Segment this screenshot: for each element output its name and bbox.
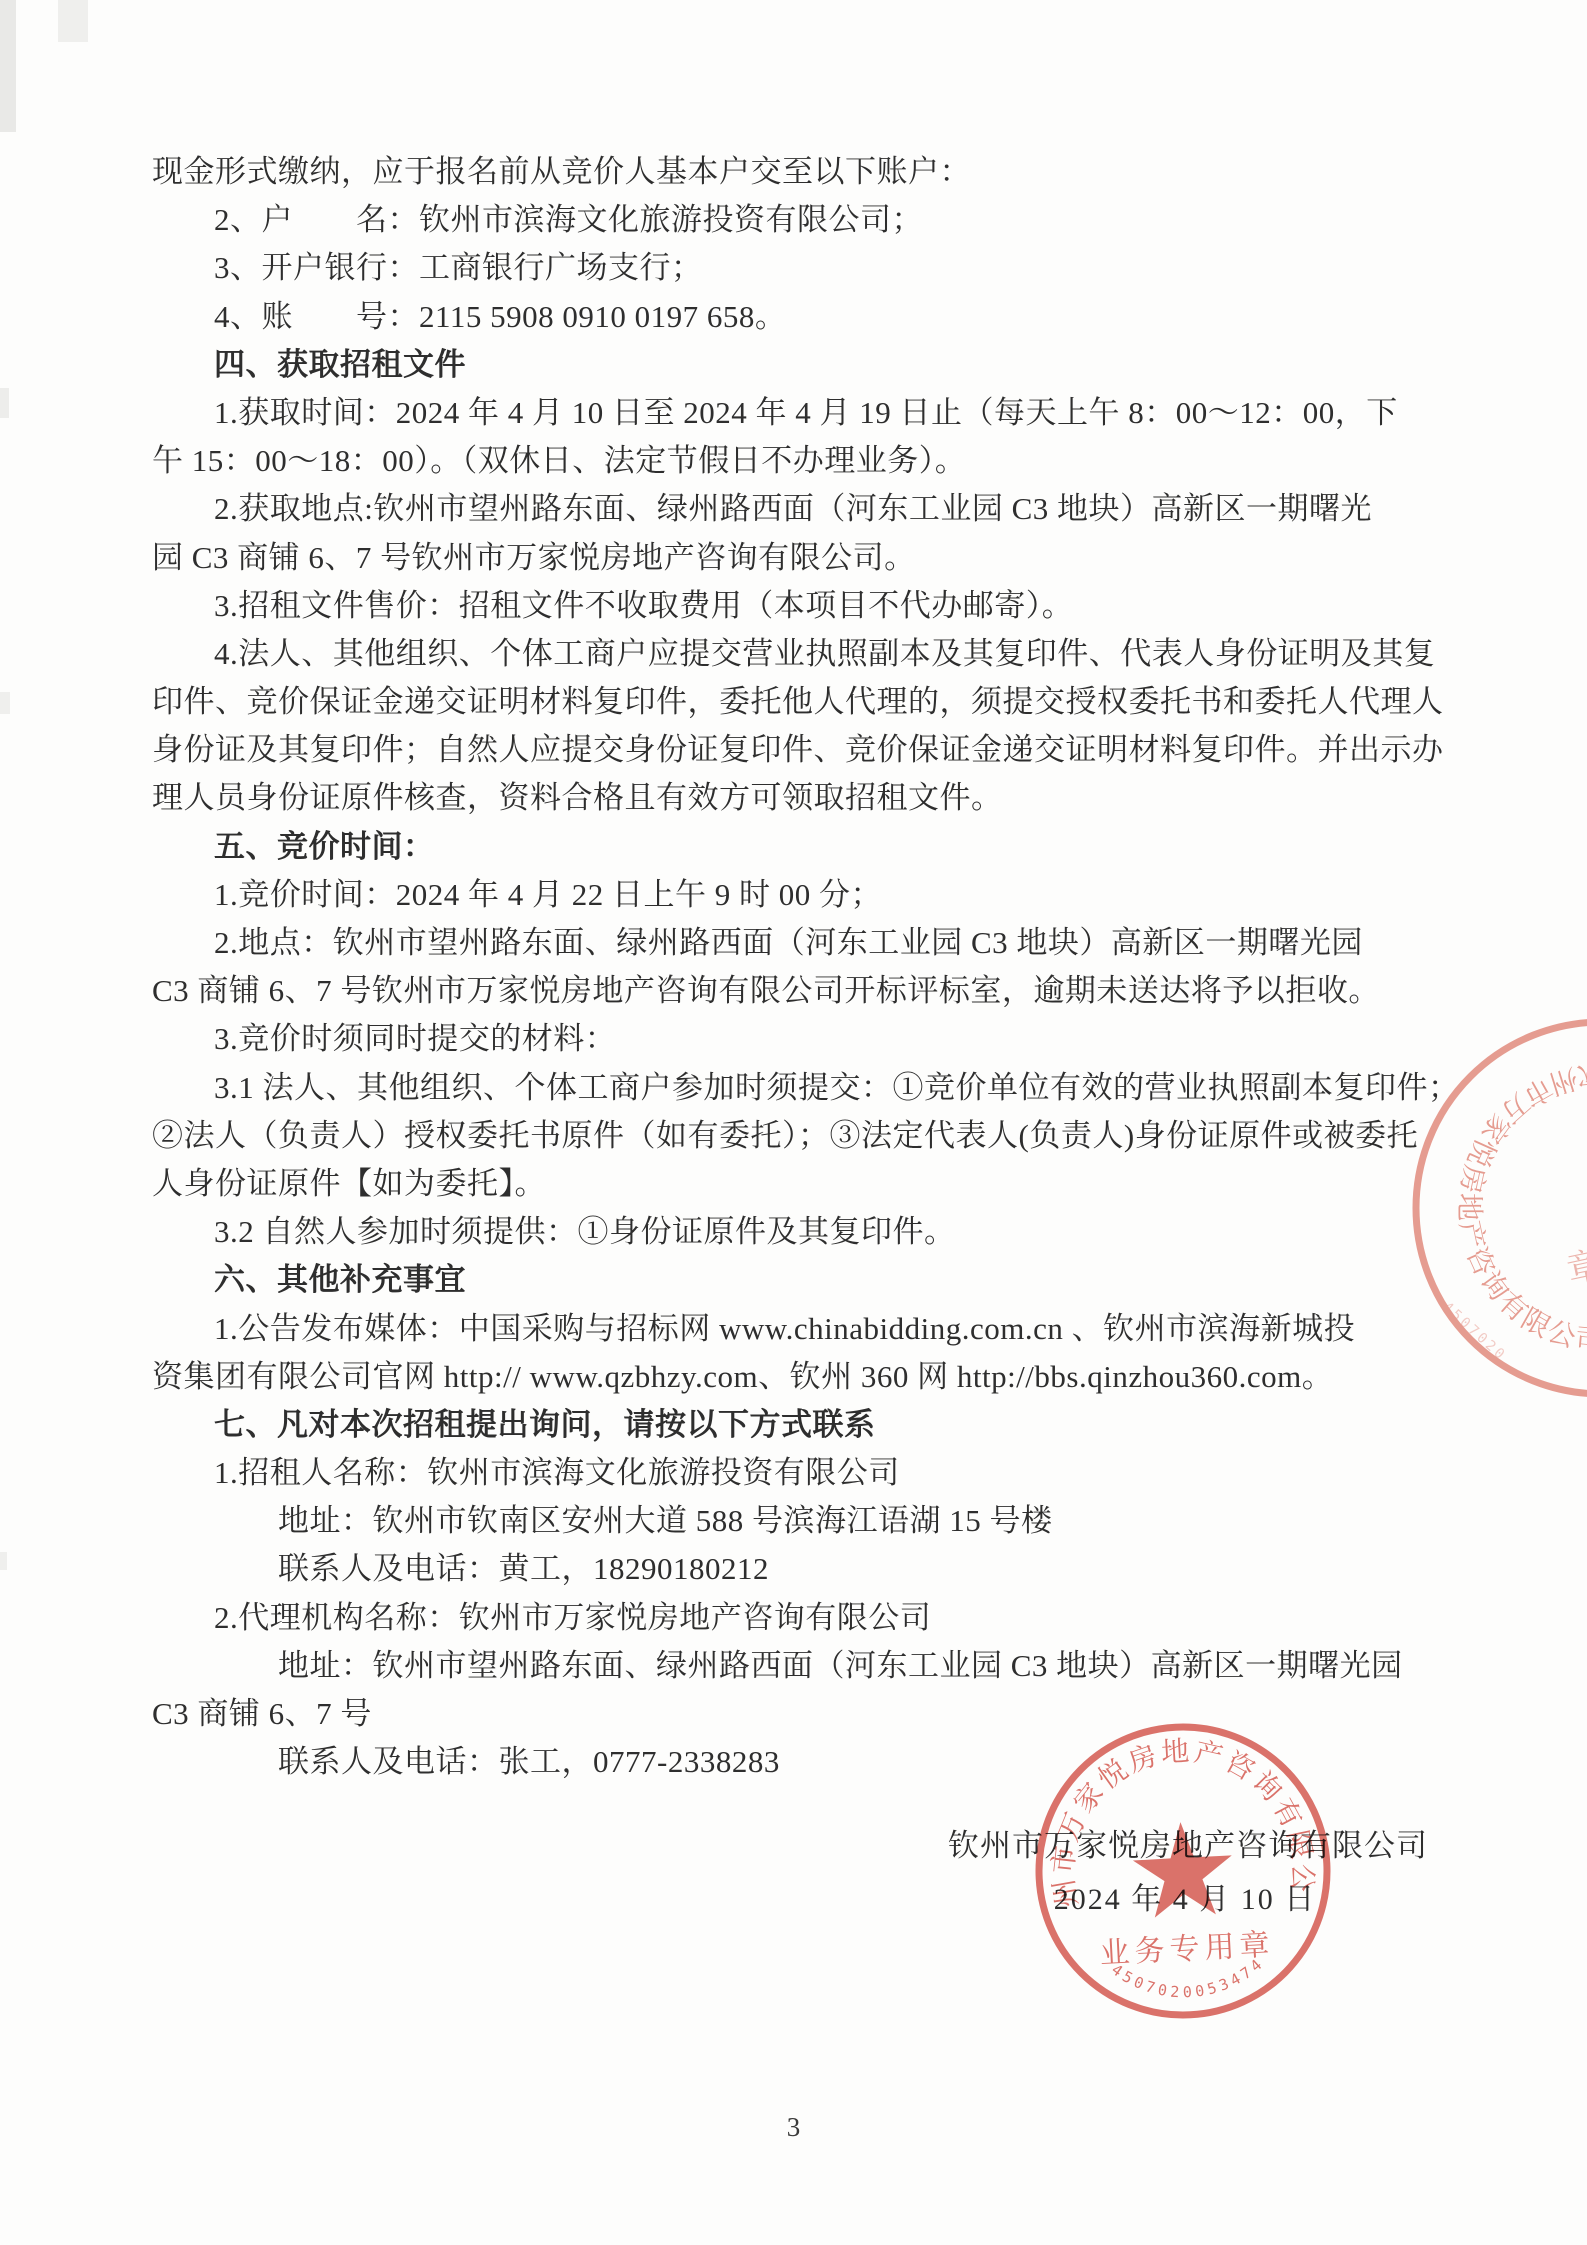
- svg-text:4507020053474: 4507020053474: [1107, 1953, 1269, 2006]
- partial-seal-center-label: 章: [1563, 1244, 1587, 1291]
- doc-line: 4、账 号：2115 5908 0910 0197 658。: [152, 293, 1522, 341]
- doc-line-text: 3.招租文件售价：招租文件不收取费用（本项目不代办邮寄）。: [214, 588, 1073, 623]
- doc-line-text: 印件、竞价保证金递交证明材料复印件，委托他人代理的，须提交授权委托书和委托人代理…: [152, 684, 1444, 719]
- doc-line: 身份证及其复印件；自然人应提交身份证复印件、竞价保证金递交证明材料复印件。并出示…: [152, 726, 1522, 774]
- doc-line-text: 3.2 自然人参加时须提供：①身份证原件及其复印件。: [214, 1214, 956, 1249]
- doc-line: 4.法人、其他组织、个体工商户应提交营业执照副本及其复印件、代表人身份证明及其复: [152, 630, 1522, 678]
- signature-date: 2024 年 4 月 10 日: [948, 1880, 1422, 1920]
- doc-line: 2.代理机构名称：钦州市万家悦房地产咨询有限公司: [152, 1594, 1522, 1642]
- doc-line: 理人员身份证原件核查，资料合格且有效方可领取招租文件。: [152, 774, 1522, 822]
- doc-line-text: 2.获取地点:钦州市望州路东面、绿州路西面（河东工业园 C3 地块）高新区一期曙…: [214, 491, 1372, 526]
- doc-line: 3.竞价时须同时提交的材料：: [152, 1015, 1522, 1063]
- scan-artifact: [58, 0, 88, 42]
- doc-line: 地址：钦州市钦南区安州大道 588 号滨海江语湖 15 号楼: [152, 1497, 1522, 1545]
- doc-line: 1.获取时间：2024 年 4 月 10 日至 2024 年 4 月 19 日止…: [152, 389, 1522, 437]
- doc-line: 3、开户银行：工商银行广场支行；: [152, 244, 1522, 292]
- doc-line-text: ②法人（负责人）授权委托书原件（如有委托）；③法定代表人(负责人)身份证原件或被…: [152, 1118, 1418, 1153]
- signature-company: 钦州市万家悦房地产咨询有限公司: [948, 1826, 1422, 1866]
- doc-line-text: 身份证及其复印件；自然人应提交身份证复印件、竞价保证金递交证明材料复印件。并出示…: [152, 732, 1444, 767]
- doc-line-text: 五、竞价时间：: [214, 829, 435, 864]
- doc-line-text: 3、开户银行：工商银行广场支行；: [214, 250, 703, 285]
- doc-line: 四、获取招租文件: [152, 341, 1522, 389]
- document-body: 现金形式缴纳，应于报名前从竞价人基本户交至以下账户：2、户 名：钦州市滨海文化旅…: [152, 148, 1522, 1786]
- doc-line-text: 人身份证原件【如为委托】。: [152, 1166, 546, 1201]
- doc-line-text: 理人员身份证原件核查，资料合格且有效方可领取招租文件。: [152, 780, 1003, 815]
- scan-artifact: [0, 388, 9, 418]
- signature-block: 钦州市万家悦房地产咨询有限公司 2024 年 4 月 10 日: [948, 1826, 1422, 1920]
- doc-line: 现金形式缴纳，应于报名前从竞价人基本户交至以下账户：: [152, 148, 1522, 196]
- doc-line-text: 1.竞价时间：2024 年 4 月 22 日上午 9 时 00 分；: [214, 877, 882, 912]
- doc-line-text: 联系人及电话：张工，0777-2338283: [278, 1744, 780, 1779]
- document-page: 现金形式缴纳，应于报名前从竞价人基本户交至以下账户：2、户 名：钦州市滨海文化旅…: [0, 0, 1587, 2245]
- doc-line: 2.地点：钦州市望州路东面、绿州路西面（河东工业园 C3 地块）高新区一期曙光园: [152, 919, 1522, 967]
- doc-line: 五、竞价时间：: [152, 823, 1522, 871]
- doc-line: 园 C3 商铺 6、7 号钦州市万家悦房地产咨询有限公司。: [152, 534, 1522, 582]
- doc-line: 3.1 法人、其他组织、个体工商户参加时须提交：①竞价单位有效的营业执照副本复印…: [152, 1064, 1522, 1112]
- doc-line-text: 六、其他补充事宜: [214, 1262, 466, 1297]
- doc-line: 1.公告发布媒体：中国采购与招标网 www.chinabidding.com.c…: [152, 1305, 1522, 1353]
- doc-line: 2.获取地点:钦州市望州路东面、绿州路西面（河东工业园 C3 地块）高新区一期曙…: [152, 485, 1522, 533]
- doc-line: 联系人及电话：张工，0777-2338283: [152, 1738, 1522, 1786]
- doc-line-text: 1.公告发布媒体：中国采购与招标网 www.chinabidding.com.c…: [214, 1311, 1355, 1346]
- doc-line-text: 园 C3 商铺 6、7 号钦州市万家悦房地产咨询有限公司。: [152, 540, 916, 575]
- doc-line-text: 2.代理机构名称：钦州市万家悦房地产咨询有限公司: [214, 1600, 931, 1635]
- doc-line-text: 地址：钦州市钦南区安州大道 588 号滨海江语湖 15 号楼: [278, 1503, 1053, 1538]
- doc-line-text: 资集团有限公司官网 http:// www.qzbhzy.com、钦州 360 …: [152, 1359, 1333, 1394]
- doc-line: 2、户 名：钦州市滨海文化旅游投资有限公司；: [152, 196, 1522, 244]
- doc-line: C3 商铺 6、7 号钦州市万家悦房地产咨询有限公司开标评标室，逾期未送达将予以…: [152, 967, 1522, 1015]
- doc-line: 3.2 自然人参加时须提供：①身份证原件及其复印件。: [152, 1208, 1522, 1256]
- doc-line-text: 4.法人、其他组织、个体工商户应提交营业执照副本及其复印件、代表人身份证明及其复: [214, 636, 1435, 671]
- doc-line: 资集团有限公司官网 http:// www.qzbhzy.com、钦州 360 …: [152, 1353, 1522, 1401]
- doc-line-text: 1.招租人名称：钦州市滨海文化旅游投资有限公司: [214, 1455, 900, 1490]
- scan-artifact: [0, 1552, 7, 1570]
- doc-line: 六、其他补充事宜: [152, 1256, 1522, 1304]
- doc-line-text: 现金形式缴纳，应于报名前从竞价人基本户交至以下账户：: [152, 154, 971, 189]
- doc-line-text: C3 商铺 6、7 号钦州市万家悦房地产咨询有限公司开标评标室，逾期未送达将予以…: [152, 973, 1380, 1008]
- doc-line-text: 3.1 法人、其他组织、个体工商户参加时须提交：①竞价单位有效的营业执照副本复印…: [214, 1070, 1460, 1105]
- doc-line: 午 15：00～18：00）。（双休日、法定节假日不办理业务）。: [152, 437, 1522, 485]
- doc-line-text: 4、账 号：2115 5908 0910 0197 658。: [214, 299, 786, 334]
- seal-center-label: 业务专用章: [1099, 1928, 1275, 1970]
- doc-line-text: 2、户 名：钦州市滨海文化旅游投资有限公司；: [214, 202, 923, 237]
- doc-line-text: 3.竞价时须同时提交的材料：: [214, 1021, 616, 1056]
- doc-line: 七、凡对本次招租提出询问，请按以下方式联系: [152, 1401, 1522, 1449]
- doc-line-text: 联系人及电话：黄工，18290180212: [278, 1551, 769, 1586]
- doc-line: 地址：钦州市望州路东面、绿州路西面（河东工业园 C3 地块）高新区一期曙光园: [152, 1642, 1522, 1690]
- doc-line: 联系人及电话：黄工，18290180212: [152, 1545, 1522, 1593]
- page-number: 3: [0, 2112, 1587, 2143]
- doc-line: 3.招租文件售价：招租文件不收取费用（本项目不代办邮寄）。: [152, 582, 1522, 630]
- doc-line: ②法人（负责人）授权委托书原件（如有委托）；③法定代表人(负责人)身份证原件或被…: [152, 1112, 1522, 1160]
- doc-line-text: 七、凡对本次招租提出询问，请按以下方式联系: [214, 1407, 876, 1442]
- doc-line: 1.竞价时间：2024 年 4 月 22 日上午 9 时 00 分；: [152, 871, 1522, 919]
- doc-line: C3 商铺 6、7 号: [152, 1690, 1522, 1738]
- doc-line-text: 2.地点：钦州市望州路东面、绿州路西面（河东工业园 C3 地块）高新区一期曙光园: [214, 925, 1363, 960]
- doc-line: 印件、竞价保证金递交证明材料复印件，委托他人代理的，须提交授权委托书和委托人代理…: [152, 678, 1522, 726]
- doc-line-text: 1.获取时间：2024 年 4 月 10 日至 2024 年 4 月 19 日止…: [214, 395, 1398, 430]
- doc-line: 1.招租人名称：钦州市滨海文化旅游投资有限公司: [152, 1449, 1522, 1497]
- seal-serial: 4507020053474: [1107, 1953, 1269, 2006]
- doc-line-text: C3 商铺 6、7 号: [152, 1696, 372, 1731]
- doc-line-text: 四、获取招租文件: [214, 347, 466, 382]
- scan-artifact: [0, 0, 16, 132]
- scan-artifact: [0, 692, 10, 714]
- doc-line: 人身份证原件【如为委托】。: [152, 1160, 1522, 1208]
- doc-line-text: 午 15：00～18：00）。（双休日、法定节假日不办理业务）。: [152, 443, 966, 478]
- doc-line-text: 地址：钦州市望州路东面、绿州路西面（河东工业园 C3 地块）高新区一期曙光园: [278, 1648, 1403, 1683]
